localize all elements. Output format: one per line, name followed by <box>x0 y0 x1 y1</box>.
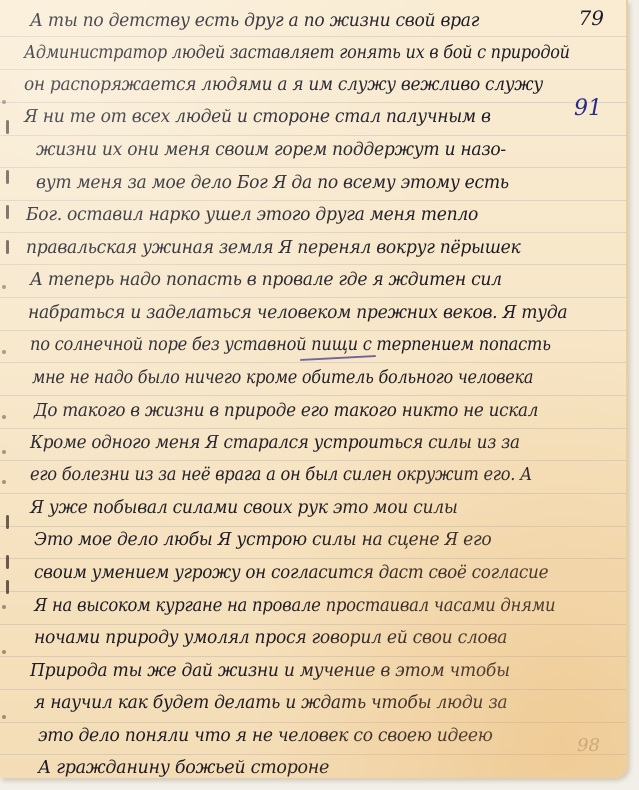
margin-ink-mark <box>6 120 9 134</box>
text-line: Бог. оставил нарко ушел этого друга меня… <box>26 204 587 226</box>
ruled-line <box>0 200 626 201</box>
binding-hole-mark <box>2 285 6 289</box>
text-line: по солнечной поре без уставной пищи с те… <box>30 334 558 356</box>
text-line: набраться и заделаться человеком прежних… <box>28 302 587 324</box>
manuscript-page: 79 91 98 А ты по детству есть друг а по … <box>0 0 628 778</box>
binding-hole-mark <box>2 605 6 609</box>
binding-hole-mark <box>2 350 6 354</box>
ruled-line <box>0 330 626 331</box>
ruled-line <box>0 493 626 494</box>
text-line: А теперь надо попасть в провале где я жд… <box>30 269 587 291</box>
text-line: Я ни те от всех людей и стороне стал пал… <box>24 106 587 128</box>
binding-hole-mark <box>2 480 6 484</box>
margin-ink-mark <box>6 515 9 529</box>
binding-hole-mark <box>2 650 6 654</box>
ruled-line <box>0 591 626 592</box>
text-line: его болезни из за неё врага а он был сил… <box>30 464 558 486</box>
text-line: Я на высоком кургане на провале простаив… <box>34 595 564 617</box>
ruled-line <box>0 102 626 103</box>
ruled-line <box>0 656 626 657</box>
text-line: он распоряжается людями а я им служу веж… <box>24 74 581 96</box>
ruled-line <box>0 362 626 363</box>
ruled-line <box>0 297 626 298</box>
ruled-line <box>0 624 626 625</box>
text-line: Это мое дело любы Я устрою силы на сцене… <box>34 529 587 551</box>
ruled-line <box>0 428 626 429</box>
text-line: мне не надо было ничего кроме обитель бо… <box>32 367 553 389</box>
margin-ink-mark <box>6 580 9 594</box>
ruled-line <box>0 558 626 559</box>
binding-hole-mark <box>2 100 6 104</box>
text-line: Кроме одного меня Я старался устроиться … <box>30 432 575 454</box>
margin-ink-mark <box>6 170 9 184</box>
ruled-line <box>0 460 626 461</box>
text-line: Администратор людей заставляет гонять их… <box>24 42 552 64</box>
margin-ink-mark <box>6 555 9 569</box>
ruled-line <box>0 754 626 755</box>
text-line: жизни их они меня своим горем поддержут … <box>36 139 587 161</box>
text-line: я научил как будет делать и ждать чтобы … <box>34 692 587 714</box>
binding-hole-mark <box>2 415 6 419</box>
ruled-line <box>0 722 626 723</box>
ruled-line <box>0 135 626 136</box>
margin-ink-mark <box>6 240 9 254</box>
ruled-line <box>0 69 626 70</box>
text-line: А гражданину божьей стороне <box>38 757 598 778</box>
text-line: своим умением угрожу он согласится даст … <box>34 562 575 584</box>
ruled-line <box>0 395 626 396</box>
ruled-line <box>0 167 626 168</box>
text-line: До такого в жизни в природе его такого н… <box>34 400 575 422</box>
binding-hole-mark <box>2 715 6 719</box>
margin-ink-mark <box>6 205 9 219</box>
text-line: Я уже побывал силами своих рук это мои с… <box>30 497 587 519</box>
ruled-line <box>0 232 626 233</box>
text-line: это дело поняли что я не человек со свое… <box>38 725 587 747</box>
text-line: ночами природу умолял прося говорил ей с… <box>34 627 587 649</box>
ruled-line <box>0 264 626 265</box>
text-line: А ты по детству есть друг а по жизни сво… <box>30 10 587 32</box>
binding-hole-mark <box>2 450 6 454</box>
ruled-line <box>0 689 626 690</box>
text-line: Природа ты же дай жизни и мучение в этом… <box>30 660 587 682</box>
ruled-line <box>0 36 626 37</box>
text-line: вут меня за мое дело Бог Я да по всему э… <box>36 172 587 194</box>
ruled-line <box>0 526 626 527</box>
text-line: правальская ужиная земля Я перенял вокру… <box>26 237 587 259</box>
